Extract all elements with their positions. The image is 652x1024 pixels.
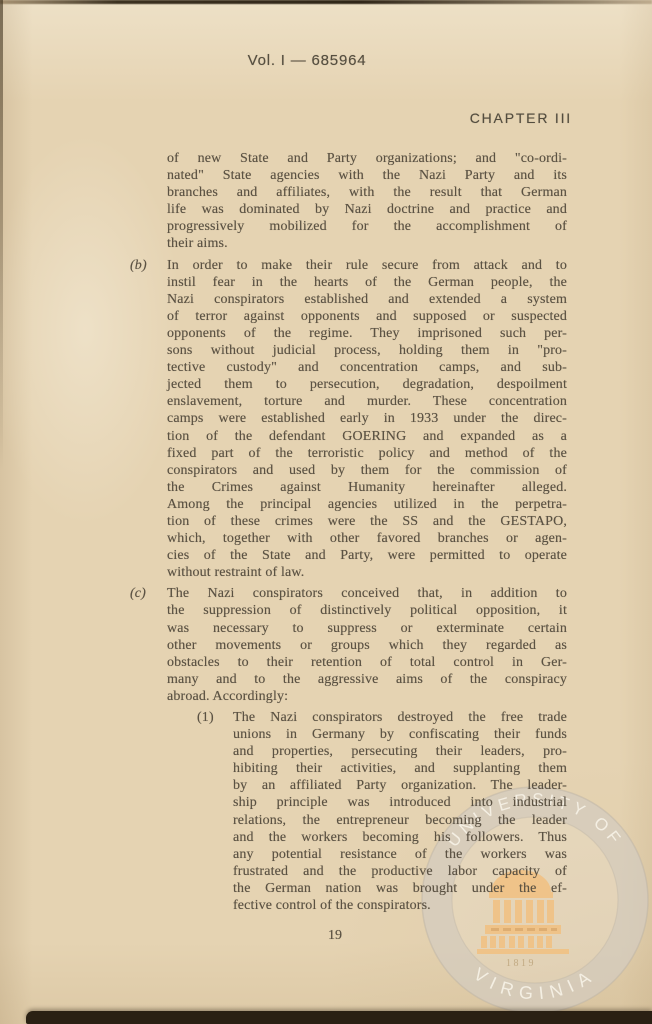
text-line: The Nazi conspirators conceived that, in… xyxy=(167,585,567,602)
text-line: other movements or groups which they reg… xyxy=(167,637,567,654)
text-line: many and to the aggressive aims of the c… xyxy=(167,671,567,688)
text-line: without restraint of law. xyxy=(167,564,567,581)
body-text-block: of new State and Party organizations; an… xyxy=(130,150,567,918)
text-line: tion of these crimes were the SS and the… xyxy=(167,513,567,530)
text-line: camps were established early in 1933 und… xyxy=(167,410,567,427)
text-line: by an affiliated Party organization. The… xyxy=(233,777,567,794)
text-line: any potential resistance of the workers … xyxy=(233,846,567,863)
text-line: their aims. xyxy=(167,235,567,252)
text-line: tion of the defendant GOERING and expand… xyxy=(167,428,567,445)
text-line: Among the principal agencies utilized in… xyxy=(167,496,567,513)
scan-edge-bottom xyxy=(26,1011,652,1024)
text-line: In order to make their rule secure from … xyxy=(167,257,567,274)
text-line: life was dominated by Nazi doctrine and … xyxy=(167,201,567,218)
paragraph-label: (c) xyxy=(130,585,167,705)
text-line: enslavement, torture and murder. These c… xyxy=(167,393,567,410)
text-line: Nazi conspirators established and extend… xyxy=(167,291,567,308)
scan-edge-top xyxy=(0,0,652,4)
text-line: sons without judicial process, holding t… xyxy=(167,342,567,359)
paragraph-b: (b) In order to make their rule secure f… xyxy=(130,257,567,582)
text-line: ship principle was introduced into indus… xyxy=(233,794,567,811)
paragraph-label: (b) xyxy=(130,257,167,582)
text-line: and properties, persecuting their leader… xyxy=(233,743,567,760)
text-line: obstacles to their retention of total co… xyxy=(167,654,567,671)
text-line: and the workers becoming his followers. … xyxy=(233,829,567,846)
scan-edge-left xyxy=(0,0,3,471)
text-line: opponents of the regime. They imprisoned… xyxy=(167,325,567,342)
paragraph-lines: The Nazi conspirators destroyed the free… xyxy=(233,709,567,914)
paragraph-label xyxy=(130,150,167,253)
scanned-book-page: UNIVERSITY OF VIRGINIA 1819 Vol. I — 685… xyxy=(0,0,652,1024)
paragraph-lines: In order to make their rule secure from … xyxy=(167,257,567,582)
text-line: which, together with other favored branc… xyxy=(167,530,567,547)
text-line: frustrated and the productive labor capa… xyxy=(233,863,567,880)
paragraph-lines: The Nazi conspirators conceived that, in… xyxy=(167,585,567,705)
paragraph-c-item-1: (1) The Nazi conspirators destroyed the … xyxy=(197,709,567,914)
text-line: of new State and Party organizations; an… xyxy=(167,150,567,167)
text-line: hibiting their activities, and supplanti… xyxy=(233,760,567,777)
seal-bottom-text: VIRGINIA xyxy=(470,964,600,1004)
text-line: fixed part of the terroristic policy and… xyxy=(167,445,567,462)
text-line: the Crimes against Humanity hereinafter … xyxy=(167,479,567,496)
paragraph-a-continuation: of new State and Party organizations; an… xyxy=(130,150,567,253)
text-line: of terror against opponents and supposed… xyxy=(167,308,567,325)
paragraph-label: (1) xyxy=(197,709,233,914)
text-line: cies of the State and Party, were permit… xyxy=(167,547,567,564)
text-line: unions in Germany by confiscating their … xyxy=(233,726,567,743)
text-line: conspirators and used by them for the co… xyxy=(167,462,567,479)
text-line: was necessary to suppress or exterminate… xyxy=(167,620,567,637)
chapter-heading: CHAPTER III xyxy=(130,110,572,126)
text-line: relations, the entrepreneur becoming the… xyxy=(233,812,567,829)
text-line: nated" State agencies with the Nazi Part… xyxy=(167,167,567,184)
paragraph-c: (c) The Nazi conspirators conceived that… xyxy=(130,585,567,705)
text-line: abroad. Accordingly: xyxy=(167,688,567,705)
text-line: jected them to persecution, degradation,… xyxy=(167,376,567,393)
text-line: The Nazi conspirators destroyed the free… xyxy=(233,709,567,726)
paragraph-lines: of new State and Party organizations; an… xyxy=(167,150,567,253)
volume-header: Vol. I — 685964 xyxy=(130,52,484,69)
text-line: progressively mobilized for the accompli… xyxy=(167,218,567,235)
text-line: instil fear in the hearts of the German … xyxy=(167,274,567,291)
text-line: the German nation was brought under the … xyxy=(233,880,567,897)
text-line: fective control of the conspirators. xyxy=(233,897,567,914)
text-line: tective custody" and concentration camps… xyxy=(167,359,567,376)
page-number: 19 xyxy=(130,928,540,944)
seal-year: 1819 xyxy=(506,958,536,969)
text-line: branches and affiliates, with the result… xyxy=(167,184,567,201)
text-line: the suppression of distinctively politic… xyxy=(167,602,567,619)
